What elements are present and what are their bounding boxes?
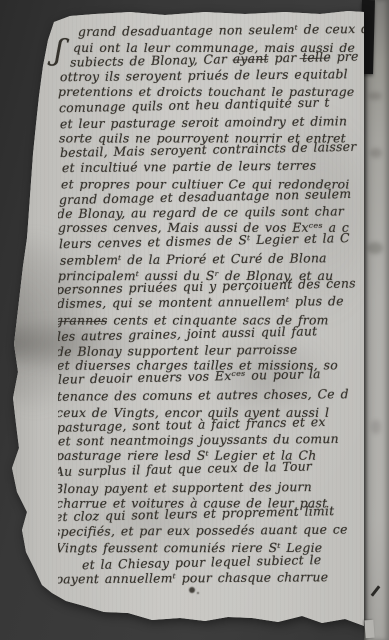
manuscript-line: et incultiué vne partie de leurs terres: [62, 157, 364, 175]
manuscript-line: grand desaduantage non seulemᵗ de ceux d…: [78, 24, 364, 39]
manuscript-line: et sont neantmoings jouyssants du comun: [58, 431, 364, 449]
manuscript-line: semblemᵗ de la Prioré et Curé de Blona: [60, 250, 364, 268]
manuscript-line: de Blonay supportent leur parroisse: [58, 341, 364, 359]
manuscript-page: ʃ grand desaduantage non seulemᵗ de ceux…: [0, 0, 389, 640]
manuscript-line: ottroy ils seroyent priués de leurs equi…: [60, 66, 364, 84]
manuscript-line: specifiés, et par eux possedés auant que…: [58, 522, 364, 540]
manuscript-line: tenance des comuns et autres choses, Ce …: [58, 386, 364, 404]
manuscript-line: payent annuellemᵗ pour chasque charrue: [58, 569, 364, 587]
bottom-right-paper-tab: [364, 620, 374, 639]
manuscript-lines: grand desaduantage non seulemᵗ de ceux d…: [58, 24, 364, 599]
manuscript-line: dismes, qui se montent annuellemᵗ plus d…: [58, 293, 364, 311]
manuscript-line: Blonay payent et supportent des journ: [58, 478, 364, 496]
scanned-manuscript: ʃ grand desaduantage non seulemᵗ de ceux…: [0, 0, 389, 640]
ink-blot: [189, 587, 195, 593]
manuscript-line: et leur pasturage seroit amoindry et dim…: [60, 113, 364, 131]
paper-sheet: ʃ grand desaduantage non seulemᵗ de ceux…: [0, 0, 389, 640]
